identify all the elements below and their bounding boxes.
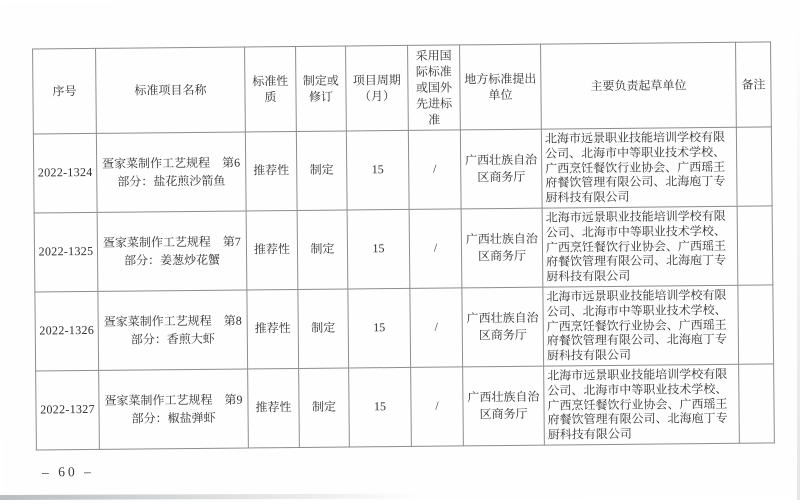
table-row: 2022-1326 疍家菜制作工艺规程 第8部分：香煎大虾 推荐性 制定 15 …: [35, 285, 774, 371]
cell-intl-standard: /: [410, 288, 463, 367]
cell-standard-nature: 推荐性: [245, 131, 297, 210]
cell-project-id: 2022-1325: [34, 212, 98, 292]
col-header-formulate-revise: 制定或修订: [296, 46, 347, 131]
cell-formulate-revise: 制定: [299, 368, 350, 447]
col-header-intl-standard: 采用国际标准或国外先进标准: [408, 45, 461, 130]
table-row: 2022-1327 疍家菜制作工艺规程 第9部分：椒盐弹虾 推荐性 制定 15 …: [36, 364, 775, 450]
cell-project-id: 2022-1327: [36, 370, 100, 450]
standards-project-table: 序号 标准项目名称 标准性质 制定或修订 项目周期（月） 采用国际标准或国外先进…: [32, 41, 775, 450]
cell-standard-nature: 推荐性: [247, 289, 299, 368]
cell-remarks: [737, 206, 773, 285]
cell-project-id: 2022-1324: [33, 133, 97, 213]
scanned-document-page: 序号 标准项目名称 标准性质 制定或修订 项目周期（月） 采用国际标准或国外先进…: [0, 0, 800, 500]
cell-proposing-unit: 广西壮族自治区商务厅: [463, 366, 545, 446]
col-header-proposing-unit: 地方标准提出单位: [460, 44, 542, 130]
cell-proposing-unit: 广西壮族自治区商务厅: [462, 287, 544, 367]
cell-project-name: 疍家菜制作工艺规程 第7部分：姜葱炒花蟹: [97, 211, 247, 291]
col-header-remarks: 备注: [736, 42, 772, 127]
cell-remarks: [739, 364, 775, 443]
col-header-serial-number: 序号: [33, 48, 97, 134]
cell-standard-nature: 推荐性: [246, 210, 298, 289]
cell-remarks: [736, 127, 772, 206]
table-header-row: 序号 标准项目名称 标准性质 制定或修订 项目周期（月） 采用国际标准或国外先进…: [33, 42, 772, 134]
cell-drafting-units: 北海市远景职业技能培训学校有限公司、北海市中等职业技术学校、广西烹饪餐饮行业协会…: [542, 206, 738, 287]
page-number: – 60 –: [42, 464, 94, 480]
col-header-project-name: 标准项目名称: [96, 47, 246, 133]
cell-project-id: 2022-1326: [35, 291, 99, 371]
cell-drafting-units: 北海市远景职业技能培训学校有限公司、北海市中等职业技术学校、广西烹饪餐饮行业协会…: [541, 127, 737, 208]
cell-project-period: 15: [347, 209, 410, 289]
table-row: 2022-1325 疍家菜制作工艺规程 第7部分：姜葱炒花蟹 推荐性 制定 15…: [34, 206, 773, 292]
cell-formulate-revise: 制定: [298, 289, 349, 368]
cell-project-name: 疍家菜制作工艺规程 第8部分：香煎大虾: [98, 290, 248, 370]
cell-project-period: 15: [348, 288, 411, 368]
cell-project-name: 疍家菜制作工艺规程 第9部分：椒盐弹虾: [99, 369, 249, 449]
col-header-standard-nature: 标准性质: [245, 46, 297, 131]
table-row: 2022-1324 疍家菜制作工艺规程 第6部分：盐花煎沙箭鱼 推荐性 制定 1…: [33, 127, 772, 213]
cell-intl-standard: /: [411, 367, 464, 446]
cell-standard-nature: 推荐性: [248, 368, 300, 447]
cell-project-name: 疍家菜制作工艺规程 第6部分：盐花煎沙箭鱼: [96, 132, 246, 212]
col-header-project-period: 项目周期（月）: [346, 45, 409, 131]
cell-formulate-revise: 制定: [296, 131, 347, 210]
cell-drafting-units: 北海市远景职业技能培训学校有限公司、北海市中等职业技术学校、广西烹饪餐饮行业协会…: [544, 364, 740, 445]
cell-formulate-revise: 制定: [297, 210, 348, 289]
cell-project-period: 15: [346, 130, 409, 210]
cell-proposing-unit: 广西壮族自治区商务厅: [461, 208, 543, 288]
col-header-drafting-unit: 主要负责起草单位: [541, 42, 737, 129]
cell-remarks: [738, 285, 774, 364]
cell-intl-standard: /: [409, 209, 462, 288]
cell-intl-standard: /: [408, 130, 461, 209]
cell-drafting-units: 北海市远景职业技能培训学校有限公司、北海市中等职业技术学校、广西烹饪餐饮行业协会…: [543, 285, 739, 366]
cell-project-period: 15: [349, 367, 412, 447]
cell-proposing-unit: 广西壮族自治区商务厅: [460, 129, 542, 209]
